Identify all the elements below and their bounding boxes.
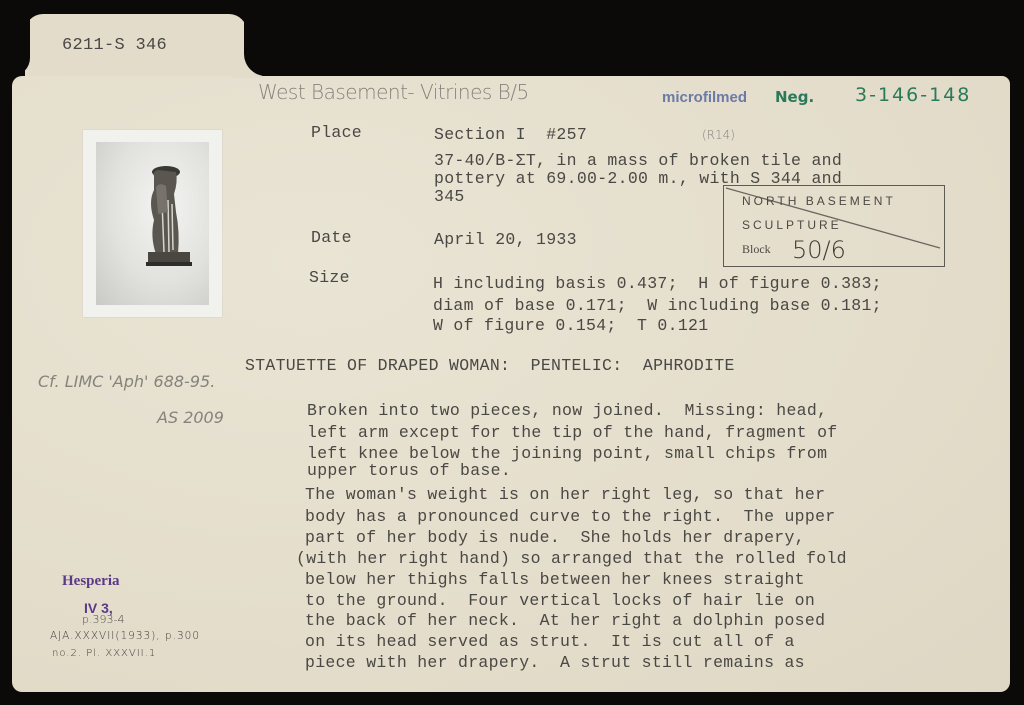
description-line-9: below her thighs falls between her knees… xyxy=(305,570,805,590)
r-note: (R14) xyxy=(702,128,735,142)
catalog-number: 6211-S 346 xyxy=(62,36,167,56)
aja-reference-2: no.2. Pl. XXXVII.1 xyxy=(52,648,156,659)
place-label: Place xyxy=(311,123,362,143)
tab-curve-mask xyxy=(244,14,284,76)
storage-stamp: NORTH BASEMENT SCULPTURE Block 50/6 xyxy=(723,185,945,267)
microfilmed-stamp: microfilmed xyxy=(662,89,747,106)
statuette-photo xyxy=(96,142,209,305)
description-line-11: the back of her neck. At her right a dol… xyxy=(305,611,825,631)
description-line-6: body has a pronounced curve to the right… xyxy=(305,507,835,527)
limc-reference: Cf. LIMC 'Aph' 688-95. xyxy=(38,372,215,391)
size-line-2: diam of base 0.171; W including base 0.1… xyxy=(433,296,882,316)
photo-mount xyxy=(83,130,222,317)
description-line-5: The woman's weight is on her right leg, … xyxy=(305,485,825,505)
block-value: 50/6 xyxy=(792,236,846,264)
negative-label: Neg. xyxy=(775,88,814,106)
hesperia-stamp: Hesperia xyxy=(62,573,120,590)
description-line-12: on its head served as strut. It is cut a… xyxy=(305,632,795,652)
description-line-13: piece with her drapery. A strut still re… xyxy=(305,653,805,673)
date-label: Date xyxy=(311,228,352,248)
description-line-1: Broken into two pieces, now joined. Miss… xyxy=(307,401,827,421)
place-line-1: Section I #257 xyxy=(434,125,587,145)
size-line-3: W of figure 0.154; T 0.121 xyxy=(433,316,708,336)
description-line-7: part of her body is nude. She holds her … xyxy=(305,528,805,548)
description-line-2: left arm except for the tip of the hand,… xyxy=(307,423,837,443)
tab-left-mask xyxy=(0,14,30,76)
place-line-4: 345 xyxy=(434,187,465,207)
size-line-1: H including basis 0.437; H of figure 0.3… xyxy=(433,274,882,294)
hesperia-pages: p.393-4 xyxy=(82,613,124,626)
size-label: Size xyxy=(309,268,350,288)
initials-note: AS 2009 xyxy=(157,408,224,427)
date-value: April 20, 1933 xyxy=(434,230,577,250)
stamp-line-2: SCULPTURE xyxy=(742,218,842,232)
description-line-8: (with her right hand) so arranged that t… xyxy=(296,549,847,569)
statuette-image xyxy=(96,142,209,305)
location-note: West Basement- Vitrines B/5 xyxy=(258,80,529,104)
block-label: Block xyxy=(742,242,771,257)
object-title: STATUETTE OF DRAPED WOMAN: PENTELIC: APH… xyxy=(245,356,735,376)
description-line-10: to the ground. Four vertical locks of ha… xyxy=(305,591,815,611)
place-line-2: 37-40/B-ΣT, in a mass of broken tile and xyxy=(434,151,842,171)
stamp-line-1: NORTH BASEMENT xyxy=(742,194,896,208)
aja-reference-1: AJA.XXXVII(1933), p.300 xyxy=(50,630,200,642)
negative-numbers: 3-146-148 xyxy=(855,84,971,106)
description-line-4: upper torus of base. xyxy=(307,461,511,481)
